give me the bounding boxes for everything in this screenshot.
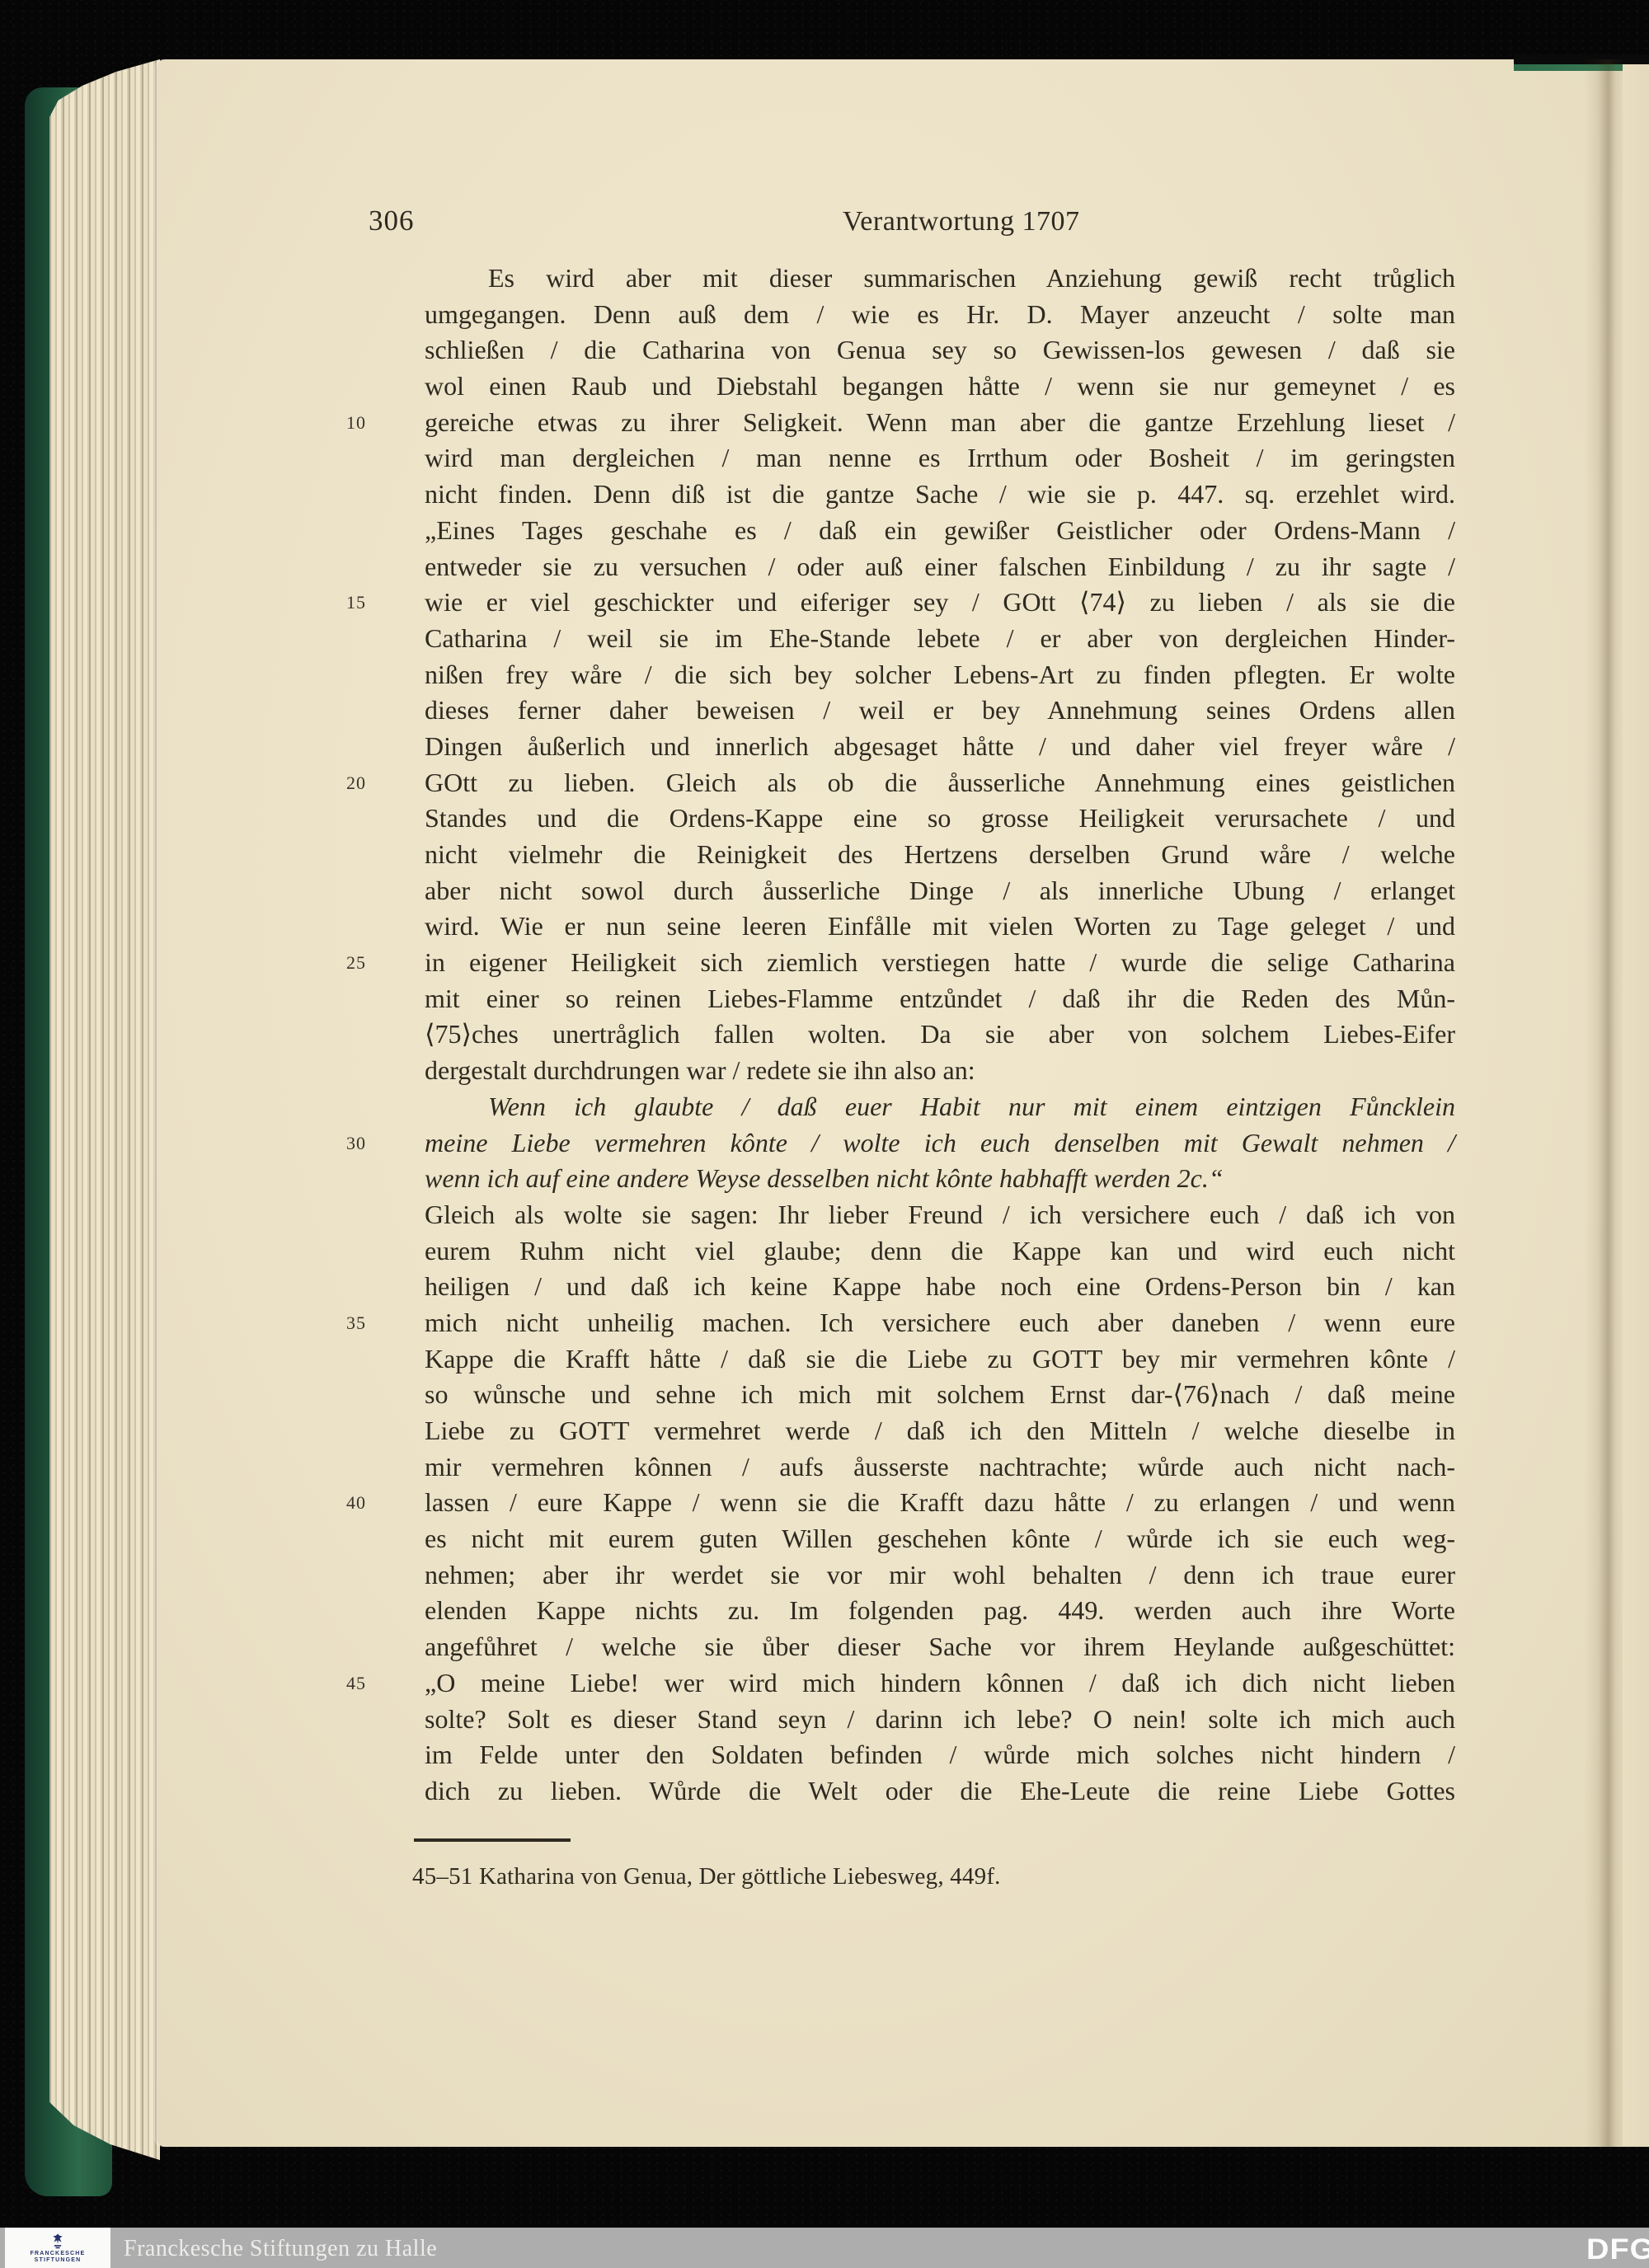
text-line: entweder sie zu versuchen / oder auß ein…: [425, 549, 1455, 585]
eagle-icon: [49, 2233, 66, 2250]
footnote: 45–51 Katharina von Genua, Der göttliche…: [412, 1863, 1001, 1890]
text-line: so wůnsche und sehne ich mich mit solche…: [425, 1377, 1455, 1413]
line-number: 40: [346, 1485, 406, 1521]
dfg-logo: DFG: [1586, 2234, 1649, 2267]
facing-page-edge: [1623, 64, 1649, 2145]
text-line: nicht finden. Denn diß ist die gantze Sa…: [425, 477, 1455, 513]
line-number: 20: [346, 765, 406, 801]
text-line: 45„O meine Liebe! wer wird mich hindern …: [425, 1665, 1455, 1702]
text-line: solte? Solt es dieser Stand seyn / darin…: [425, 1702, 1455, 1738]
text-line: nehmen; aber ihr werdet sie vor mir wohl…: [425, 1557, 1455, 1594]
text-line: Liebe zu GOTT vermehret werde / daß ich …: [425, 1413, 1455, 1449]
body-text: Es wird aber mit dieser summarischen Anz…: [425, 261, 1455, 1810]
text-line: Es wird aber mit dieser summarischen Anz…: [425, 261, 1455, 297]
text-line: nicht vielmehr die Reinigkeit des Hertze…: [425, 837, 1455, 873]
footnote-separator-rule: [414, 1838, 571, 1842]
logo-caption-line1: FRANCKESCHE: [31, 2251, 86, 2257]
running-head: Verantwortung 1707: [843, 206, 1080, 237]
franckesche-stiftungen-logo: FRANCKESCHE STIFTUNGEN: [5, 2228, 110, 2268]
text-line: Gleich als wolte sie sagen: Ihr lieber F…: [425, 1197, 1455, 1233]
text-line: aber nicht sowol durch åusserliche Dinge…: [425, 873, 1455, 909]
text-line: dieses ferner daher beweisen / weil er b…: [425, 693, 1455, 729]
text-line: 15wie er viel geschickter und eiferiger …: [425, 585, 1455, 621]
text-line: Dingen åußerlich und innerlich abgesaget…: [425, 729, 1455, 765]
text-line: wird. Wie er nun seine leeren Einfålle m…: [425, 909, 1455, 945]
line-number: 25: [346, 945, 406, 981]
line-number: 45: [346, 1665, 406, 1702]
text-line: elenden Kappe nichts zu. Im folgenden pa…: [425, 1593, 1455, 1629]
text-line: dergestalt durchdrungen war / redete sie…: [425, 1053, 1455, 1089]
text-line: mit einer so reinen Liebes-Flamme entzůn…: [425, 981, 1455, 1017]
text-line: Catharina / weil sie im Ehe-Stande lebet…: [425, 621, 1455, 657]
text-line: 30meine Liebe vermehren kônte / wolte ic…: [425, 1125, 1455, 1162]
text-line: es nicht mit eurem guten Willen geschehe…: [425, 1521, 1455, 1557]
text-line: heiligen / und daß ich keine Kappe habe …: [425, 1269, 1455, 1305]
text-line: Wenn ich glaubte / daß euer Habit nur mi…: [425, 1089, 1455, 1125]
text-line: Kappe die Krafft håtte / daß sie die Lie…: [425, 1341, 1455, 1378]
text-line: angefůhret / welche sie ůber dieser Sach…: [425, 1629, 1455, 1665]
scan-background-sliver: [1514, 54, 1649, 64]
page-number: 306: [369, 204, 415, 237]
text-line: „Eines Tages geschahe es / daß ein gewiß…: [425, 513, 1455, 549]
line-number: 15: [346, 585, 406, 621]
text-line: mir vermehren kônnen / aufs åusserste na…: [425, 1449, 1455, 1486]
text-line: 25in eigener Heiligkeit sich ziemlich ve…: [425, 945, 1455, 981]
line-number: 30: [346, 1125, 406, 1162]
text-line: wenn ich auf eine andere Weyse desselben…: [425, 1161, 1455, 1197]
text-line: Standes und die Ordens-Kappe eine so gro…: [425, 801, 1455, 837]
text-line: nißen frey wåre / die sich bey solcher L…: [425, 657, 1455, 693]
text-line: schließen / die Catharina von Genua sey …: [425, 332, 1455, 369]
line-number: 10: [346, 405, 406, 441]
text-line: wird man dergleichen / man nenne es Irrt…: [425, 440, 1455, 477]
text-line: ⟨75⟩ches unertråglich fallen wolten. Da …: [425, 1017, 1455, 1053]
text-line: dich zu lieben. Wůrde die Welt oder die …: [425, 1773, 1455, 1810]
text-line: 40lassen / eure Kappe / wenn sie die Kra…: [425, 1485, 1455, 1521]
text-line: eurem Ruhm nicht viel glaube; denn die K…: [425, 1233, 1455, 1270]
text-line: wol einen Raub und Diebstahl begangen hå…: [425, 369, 1455, 405]
library-name-label: Franckesche Stiftungen zu Halle: [124, 2236, 437, 2262]
line-number: 35: [346, 1305, 406, 1341]
text-line: 35mich nicht unheilig machen. Ich versic…: [425, 1305, 1455, 1341]
text-line: umgegangen. Denn auß dem / wie es Hr. D.…: [425, 297, 1455, 333]
page-gutter-fold: [1585, 59, 1623, 2147]
text-line: 10gereiche etwas zu ihrer Seligkeit. Wen…: [425, 405, 1455, 441]
logo-caption-line2: STIFTUNGEN: [35, 2257, 82, 2264]
text-line: 20GOtt zu lieben. Gleich als ob die åuss…: [425, 765, 1455, 801]
text-line: im Felde unter den Soldaten befinden / w…: [425, 1737, 1455, 1773]
page-edge-stack: [49, 56, 160, 2163]
scanned-book-photo: { "page": { "number": "306", "running_he…: [0, 0, 1649, 2268]
